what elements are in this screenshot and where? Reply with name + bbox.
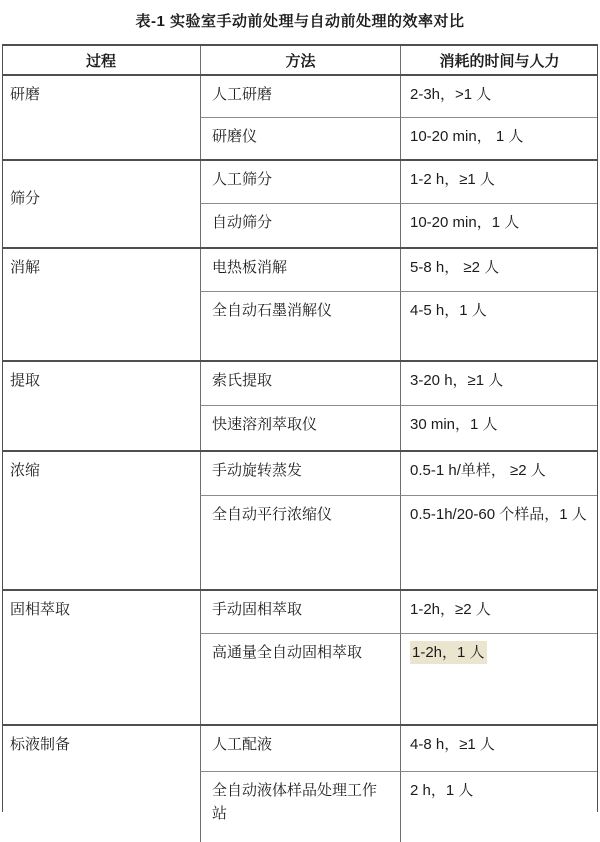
time-value: 2-3h，>1 人 [410, 86, 491, 103]
method-cell: 手动旋转蒸发 [200, 452, 400, 496]
time-cell: 1-2h，≥2 人 [400, 591, 598, 634]
method-cell: 索氏提取 [200, 362, 400, 406]
time-cell: 4-8 h，≥1 人 [400, 726, 598, 772]
process-group-digestion: 消解电热板消解5-8 h， ≥2 人全自动石墨消解仪4-5 h，1 人 [2, 247, 598, 360]
time-value: 5-8 h， ≥2 人 [410, 259, 499, 276]
method-cell: 全自动石墨消解仪 [200, 292, 400, 360]
table-header-row: 过程 方法 消耗的时间与人力 [2, 44, 598, 74]
table-body: 研磨人工研磨2-3h，>1 人研磨仪10-20 min， 1 人筛分人工筛分1-… [2, 74, 598, 842]
time-cell: 0.5-1h/20-60 个样品，1 人 [400, 496, 598, 589]
time-cell: 5-8 h， ≥2 人 [400, 249, 598, 292]
method-cell: 快速溶剂萃取仪 [200, 406, 400, 450]
document-page: 表-1 实验室手动前处理与自动前处理的效率对比 过程 方法 消耗的时间与人力 研… [0, 0, 600, 842]
table-right-border [597, 44, 598, 812]
method-cell: 人工配液 [200, 726, 400, 772]
time-value: 1-2 h，≥1 人 [410, 171, 495, 188]
time-cell: 1-2 h，≥1 人 [400, 161, 598, 204]
time-value-highlighted: 1-2h，1 人 [410, 641, 487, 664]
time-value: 10-20 min，1 人 [410, 214, 519, 231]
header-time: 消耗的时间与人力 [400, 46, 598, 74]
method-cell: 全自动液体样品处理工作站 [200, 772, 400, 842]
method-cell: 人工研磨 [200, 76, 400, 118]
time-cell: 0.5-1 h/单样， ≥2 人 [400, 452, 598, 496]
time-value: 4-8 h，≥1 人 [410, 736, 495, 753]
time-value: 4-5 h，1 人 [410, 302, 487, 319]
process-group-extraction: 提取索氏提取3-20 h，≥1 人快速溶剂萃取仪30 min，1 人 [2, 360, 598, 450]
time-value: 1-2h，≥2 人 [410, 601, 491, 618]
time-cell: 10-20 min， 1 人 [400, 118, 598, 159]
comparison-table: 过程 方法 消耗的时间与人力 研磨人工研磨2-3h，>1 人研磨仪10-20 m… [2, 44, 598, 842]
process-cell: 提取 [2, 362, 200, 450]
table-title: 表-1 实验室手动前处理与自动前处理的效率对比 [0, 10, 600, 31]
process-cell: 研磨 [2, 76, 200, 159]
time-cell: 1-2h，1 人 [400, 634, 598, 724]
table-left-border [2, 44, 3, 812]
method-cell: 电热板消解 [200, 249, 400, 292]
time-value: 10-20 min， 1 人 [410, 128, 523, 145]
time-cell: 3-20 h，≥1 人 [400, 362, 598, 406]
time-cell: 4-5 h，1 人 [400, 292, 598, 360]
method-cell: 自动筛分 [200, 204, 400, 247]
time-value: 3-20 h，≥1 人 [410, 372, 503, 389]
process-cell: 筛分 [2, 161, 200, 247]
process-cell: 浓缩 [2, 452, 200, 589]
method-cell: 人工筛分 [200, 161, 400, 204]
method-cell: 高通量全自动固相萃取 [200, 634, 400, 724]
method-cell: 全自动平行浓缩仪 [200, 496, 400, 589]
header-method: 方法 [200, 46, 400, 74]
time-value: 2 h，1 人 [410, 782, 473, 799]
time-cell: 30 min，1 人 [400, 406, 598, 450]
process-group-grinding: 研磨人工研磨2-3h，>1 人研磨仪10-20 min， 1 人 [2, 74, 598, 159]
process-group-standard-prep: 标液制备人工配液4-8 h，≥1 人全自动液体样品处理工作站2 h，1 人 [2, 724, 598, 842]
time-value: 0.5-1h/20-60 个样品，1 人 [410, 506, 587, 523]
header-process: 过程 [2, 46, 200, 74]
time-cell: 2-3h，>1 人 [400, 76, 598, 118]
process-group-sieving: 筛分人工筛分1-2 h，≥1 人自动筛分10-20 min，1 人 [2, 159, 598, 247]
process-cell: 固相萃取 [2, 591, 200, 724]
method-cell: 研磨仪 [200, 118, 400, 159]
time-cell: 10-20 min，1 人 [400, 204, 598, 247]
method-cell: 手动固相萃取 [200, 591, 400, 634]
process-group-concentration: 浓缩手动旋转蒸发0.5-1 h/单样， ≥2 人全自动平行浓缩仪0.5-1h/2… [2, 450, 598, 589]
process-cell: 标液制备 [2, 726, 200, 842]
process-cell: 消解 [2, 249, 200, 360]
time-cell: 2 h，1 人 [400, 772, 598, 842]
time-value: 0.5-1 h/单样， ≥2 人 [410, 462, 546, 479]
process-group-spe: 固相萃取手动固相萃取1-2h，≥2 人高通量全自动固相萃取1-2h，1 人 [2, 589, 598, 724]
time-value: 30 min，1 人 [410, 416, 498, 433]
